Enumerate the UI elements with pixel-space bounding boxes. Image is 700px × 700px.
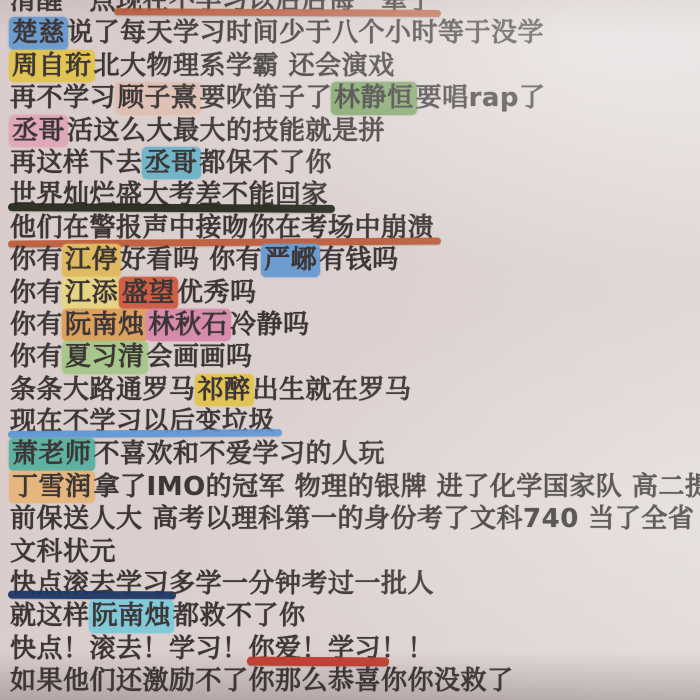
highlighted-text: 江添 xyxy=(62,277,121,309)
text-segment: 就这样 xyxy=(10,600,90,632)
text-segment: 再不学习 xyxy=(10,82,116,114)
text-segment: 清醒一点 xyxy=(10,0,116,17)
highlighted-text: 祁醉 xyxy=(195,374,254,406)
text-line: 清醒一点 现在不学习以后后悔一辈子 xyxy=(10,0,700,17)
underlined-text: 他们在警报声中接吻你在考场中崩溃 xyxy=(10,212,434,244)
highlighted-text: 丞哥 xyxy=(9,115,68,147)
text-segment: 冷静吗 xyxy=(230,309,310,341)
text-line: 快点！滚去！学习！你爱！学习！！ xyxy=(10,633,700,665)
highlighted-text: 夏习清 xyxy=(62,341,148,373)
text-segment: 你有 xyxy=(10,309,63,341)
text-line: 你有夏习清会画画吗 xyxy=(10,341,700,373)
text-segment: 要唱rap了 xyxy=(416,82,546,114)
highlighted-text: 丞哥 xyxy=(142,147,201,179)
highlighted-text: 林秋石 xyxy=(146,309,232,341)
text-line: 萧老师不喜欢和不爱学习的人玩 xyxy=(10,438,700,470)
text-line: 如果他们还激励不了你那么恭喜你你没救了 xyxy=(10,665,700,697)
text-segment: 如果他们还激励不了你那么恭喜你你没救了 xyxy=(10,665,514,697)
text-line: 前保送人大 高考以理科第一的身份考了文科740 当了全省 xyxy=(10,503,700,535)
text-segment: 优秀吗 xyxy=(177,277,257,309)
underlined-text: 你爱！学习 xyxy=(249,633,382,665)
underlined-text: 现在不学习以后变垃圾 xyxy=(10,406,275,438)
text-segment: 你有 xyxy=(10,277,63,309)
text-segment: 都救不了你 xyxy=(173,600,306,632)
underlined-text: 世界灿烂盛大考差不能回家 xyxy=(10,179,328,211)
text-segment: 出生就在罗马 xyxy=(253,374,412,406)
text-lines: 清醒一点 现在不学习以后后悔一辈子楚慈说了每天学习时间少于八个小时等于没学周自珩… xyxy=(10,0,700,698)
text-line: 他们在警报声中接吻你在考场中崩溃 xyxy=(10,212,700,244)
text-line: 文科状元 xyxy=(10,536,700,568)
text-segment: ！！ xyxy=(381,633,434,665)
text-segment: 文科状元 xyxy=(10,536,116,568)
text-segment: 拿了IMO的冠军 物理的银牌 进了化学国家队 高二提 xyxy=(94,471,700,503)
text-segment: 会画画吗 xyxy=(147,341,253,373)
text-segment: 说了每天学习时间少于八个小时等于没学 xyxy=(67,17,544,49)
highlighted-text: 江停 xyxy=(62,244,121,276)
text-segment: 条条大路通罗马 xyxy=(10,374,196,406)
text-line: 现在不学习以后变垃圾 xyxy=(10,406,700,438)
text-line: 周自珩北大物理系学霸 还会演戏 xyxy=(10,50,700,82)
text-segment: 前保送人大 高考以理科第一的身份考了文科740 当了全省 xyxy=(10,503,694,535)
text-line: 就这样阮南烛都救不了你 xyxy=(10,600,700,632)
highlighted-text: 楚慈 xyxy=(9,17,68,49)
highlighted-text: 林静恒 xyxy=(331,82,417,114)
highlighted-text: 阮南烛 xyxy=(89,600,175,632)
text-segment: 好看吗 你有 xyxy=(120,244,262,276)
text-segment: 你有 xyxy=(10,341,63,373)
highlighted-text: 周自珩 xyxy=(9,50,95,82)
text-segment: 都保不了你 xyxy=(200,147,333,179)
underlined-text: 现在不学习以后后悔一辈子 xyxy=(116,0,434,17)
text-segment: 多学一分钟考过一批人 xyxy=(169,568,434,600)
text-line: 你有阮南烛林秋石冷静吗 xyxy=(10,309,700,341)
highlighted-text: 阮南烛 xyxy=(62,309,148,341)
text-segment: 再这样下去 xyxy=(10,147,143,179)
highlighted-text: 盛望 xyxy=(119,277,178,309)
text-line: 世界灿烂盛大考差不能回家 xyxy=(10,179,700,211)
text-segment: 快点！滚去！学习！ xyxy=(10,633,249,665)
text-line: 再这样下去丞哥都保不了你 xyxy=(10,147,700,179)
highlighted-text: 萧老师 xyxy=(9,438,95,470)
text-line: 你有江添盛望优秀吗 xyxy=(10,277,700,309)
highlighted-text: 丁雪润 xyxy=(9,471,95,503)
text-segment: 北大物理系学霸 还会演戏 xyxy=(94,50,395,82)
highlighted-text: 严峫 xyxy=(261,244,320,276)
text-segment: 你有 xyxy=(10,244,63,276)
text-segment: 有钱吗 xyxy=(319,244,399,276)
text-segment: 要吹笛子了 xyxy=(200,82,333,114)
text-line: 快点滚去学习多学一分钟考过一批人 xyxy=(10,568,700,600)
text-line: 再不学习顾子熹要吹笛子了林静恒要唱rap了 xyxy=(10,82,700,114)
text-line: 丁雪润拿了IMO的冠军 物理的银牌 进了化学国家队 高二提 xyxy=(10,471,700,503)
text-line: 楚慈说了每天学习时间少于八个小时等于没学 xyxy=(10,17,700,49)
highlighted-text: 顾子熹 xyxy=(115,82,201,114)
note-page: 清醒一点 现在不学习以后后悔一辈子楚慈说了每天学习时间少于八个小时等于没学周自珩… xyxy=(0,0,700,700)
text-segment: 不喜欢和不爱学习的人玩 xyxy=(94,438,386,470)
text-line: 你有江停好看吗 你有严峫有钱吗 xyxy=(10,244,700,276)
underlined-text: 快点滚去学习 xyxy=(10,568,169,600)
text-line: 条条大路通罗马祁醉出生就在罗马 xyxy=(10,374,700,406)
text-line: 丞哥活这么大最大的技能就是拼 xyxy=(10,115,700,147)
text-segment: 活这么大最大的技能就是拼 xyxy=(67,115,385,147)
